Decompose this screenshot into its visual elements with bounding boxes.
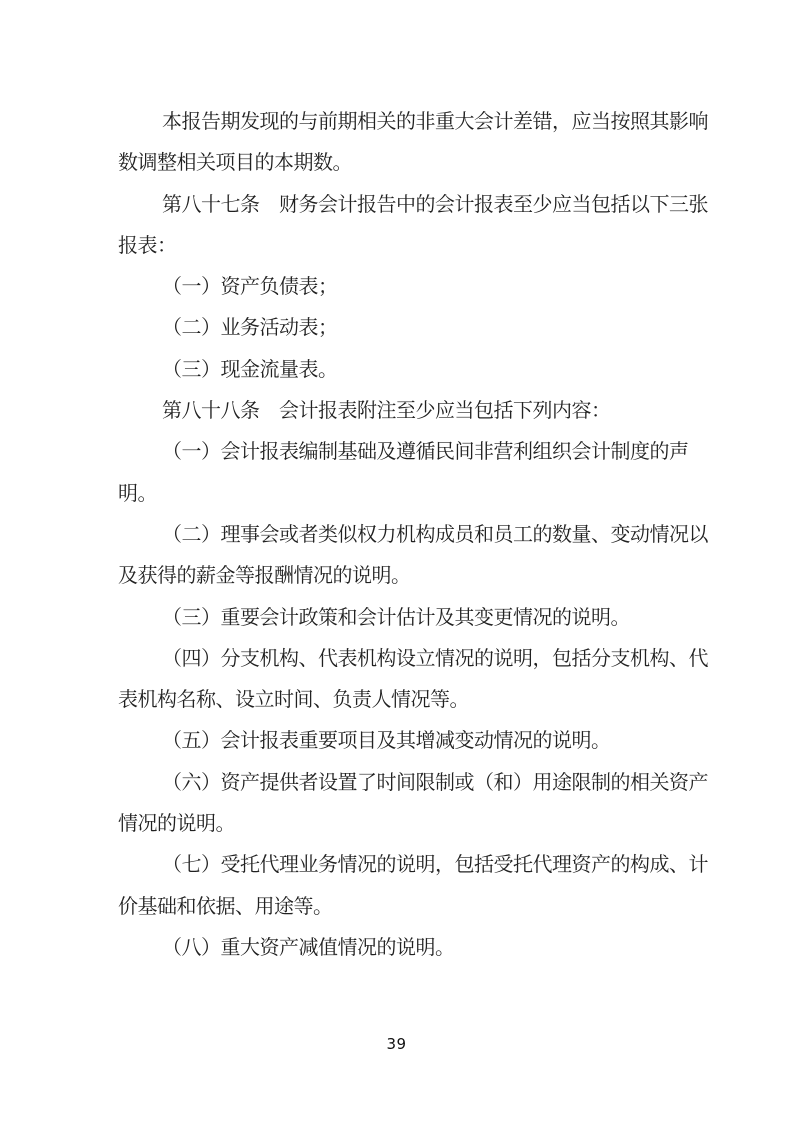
text-line-item-6: （六）资产提供者设置了时间限制或（和）用途限制的相关资产 [118, 762, 690, 803]
text-line-item-4: （四）分支机构、代表机构设立情况的说明，包括分支机构、代 [118, 638, 690, 679]
text-line-item-8: （八）重大资产减值情况的说明。 [118, 927, 690, 968]
text-line-article-87: 第八十七条 财务会计报告中的会计报表至少应当包括以下三张 [118, 184, 690, 225]
document-text-block: 本报告期发现的与前期相关的非重大会计差错，应当按照其影响 数调整相关项目的本期数… [118, 101, 690, 968]
text-line: 明。 [118, 473, 690, 514]
text-line-item-1: （一）资产负债表； [118, 266, 690, 307]
text-line: 数调整相关项目的本期数。 [118, 142, 690, 183]
text-line-article-88: 第八十八条 会计报表附注至少应当包括下列内容： [118, 390, 690, 431]
text-line: 价基础和依据、用途等。 [118, 886, 690, 927]
text-line-item-3: （三）重要会计政策和会计估计及其变更情况的说明。 [118, 597, 690, 638]
text-line-item-3: （三）现金流量表。 [118, 349, 690, 390]
text-line: 及获得的薪金等报酬情况的说明。 [118, 555, 690, 596]
text-line: 报表： [118, 225, 690, 266]
document-page: 本报告期发现的与前期相关的非重大会计差错，应当按照其影响 数调整相关项目的本期数… [0, 0, 793, 1122]
text-line: 情况的说明。 [118, 803, 690, 844]
text-line-item-1: （一）会计报表编制基础及遵循民间非营利组织会计制度的声 [118, 431, 690, 472]
text-line: 本报告期发现的与前期相关的非重大会计差错，应当按照其影响 [118, 101, 690, 142]
text-line-item-5: （五）会计报表重要项目及其增减变动情况的说明。 [118, 720, 690, 761]
text-line-item-2: （二）理事会或者类似权力机构成员和员工的数量、变动情况以 [118, 514, 690, 555]
page-number: 39 [0, 1035, 793, 1053]
text-line-item-2: （二）业务活动表； [118, 307, 690, 348]
text-line-item-7: （七）受托代理业务情况的说明，包括受托代理资产的构成、计 [118, 844, 690, 885]
text-line: 表机构名称、设立时间、负责人情况等。 [118, 679, 690, 720]
